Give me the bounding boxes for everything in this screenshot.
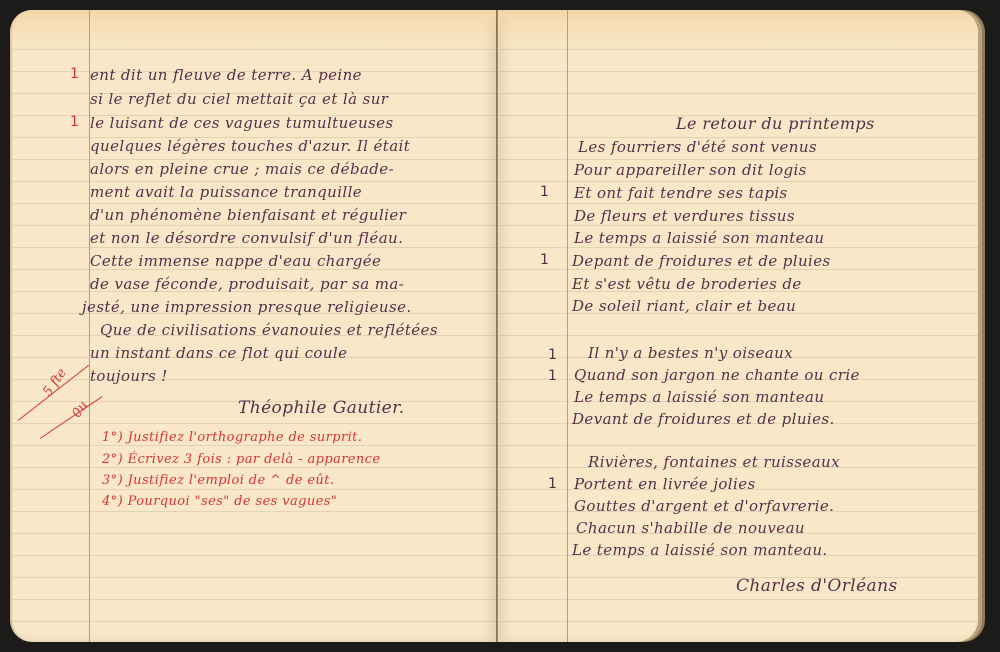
poem-line: Depant de froidures et de pluies — [572, 252, 831, 270]
author-signature: Charles d'Orléans — [736, 576, 898, 596]
prose-line: jesté, une impression presque religieuse… — [82, 298, 412, 316]
poem-line: Il n'y a bestes n'y oiseaux — [588, 344, 793, 362]
prose-line: Cette immense nappe d'eau chargée — [90, 252, 381, 270]
poem-line: Devant de froidures et de pluies. — [572, 410, 835, 428]
question-line: 4°) Pourquoi "ses" de ses vagues" — [102, 494, 337, 509]
prose-line: ment avait la puissance tranquille — [90, 183, 362, 201]
poem-line: Le temps a laissié son manteau — [574, 388, 824, 406]
question-line: 2°) Écrivez 3 fois : par delà - apparenc… — [102, 452, 380, 467]
right-page: Le retour du printemps Les fourriers d'é… — [498, 10, 978, 642]
margin-mark: 1 — [540, 184, 549, 200]
poem-line: De fleurs et verdures tissus — [574, 207, 795, 225]
author-signature: Théophile Gautier. — [238, 398, 405, 418]
poem-line: Chacun s'habille de nouveau — [576, 519, 805, 537]
poem-line: Et ont fait tendre ses tapis — [574, 184, 788, 202]
prose-line: si le reflet du ciel mettait ça et là su… — [90, 90, 388, 108]
prose-line: quelques légères touches d'azur. Il étai… — [90, 137, 410, 155]
prose-line: d'un phénomène bienfaisant et régulier — [90, 206, 406, 224]
margin-mark: 1 — [548, 368, 557, 384]
question-line: 3°) Justifiez l'emploi de ^ de eût. — [102, 473, 334, 488]
prose-line: alors en pleine crue ; mais ce débade- — [90, 160, 394, 178]
prose-line: le luisant de ces vagues tumultueuses — [90, 114, 393, 132]
prose-line: de vase féconde, produisait, par sa ma- — [90, 275, 404, 293]
prose-line: Que de civilisations évanouies et reflét… — [100, 321, 438, 339]
grade-slash — [40, 396, 103, 439]
margin-mark: 1 — [70, 114, 79, 130]
prose-line: et non le désordre convulsif d'un fléau. — [90, 229, 403, 247]
poem-line: Et s'est vêtu de broderies de — [572, 275, 802, 293]
poem-title: Le retour du printemps — [676, 114, 875, 133]
margin-mark: 1 — [548, 476, 557, 492]
right-page-margin-line — [567, 10, 568, 642]
margin-mark: 1 — [70, 66, 79, 82]
question-line: 1°) Justifiez l'orthographe de surprit. — [102, 430, 362, 445]
poem-line: Portent en livrée jolies — [574, 475, 756, 493]
margin-mark: 1 — [540, 252, 549, 268]
poem-line: Le temps a laissié son manteau. — [572, 541, 828, 559]
notebook-spread: 1 1 ent dit un fleuve de terre. A peine … — [0, 0, 1000, 652]
margin-mark: 1 — [548, 347, 557, 363]
poem-line: Gouttes d'argent et d'orfavrerie. — [574, 497, 834, 515]
prose-line: toujours ! — [90, 367, 168, 385]
poem-line: De soleil riant, clair et beau — [572, 297, 796, 315]
poem-line: Le temps a laissié son manteau — [574, 229, 824, 247]
poem-line: Rivières, fontaines et ruisseaux — [588, 453, 840, 471]
left-page: 1 1 ent dit un fleuve de terre. A peine … — [10, 10, 497, 642]
prose-line: ent dit un fleuve de terre. A peine — [90, 66, 362, 84]
poem-line: Pour appareiller son dit logis — [574, 161, 807, 179]
prose-line: un instant dans ce flot qui coule — [90, 344, 347, 362]
poem-line: Quand son jargon ne chante ou crie — [574, 366, 860, 384]
poem-line: Les fourriers d'été sont venus — [578, 138, 817, 156]
